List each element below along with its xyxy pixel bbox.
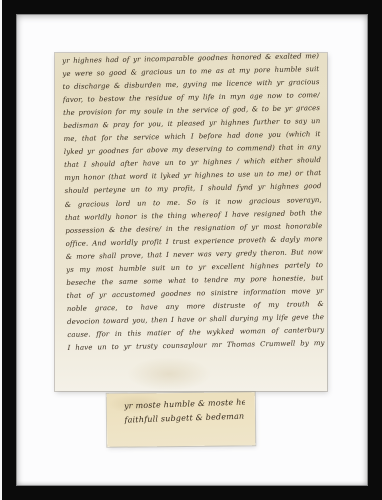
slip-text: yr moste humble & moste hevy faithfull s… bbox=[124, 396, 246, 428]
letter-text: yr highnes had of yr incomparable goodne… bbox=[62, 50, 325, 355]
letter-page: yr highnes had of yr incomparable goodne… bbox=[55, 53, 327, 391]
mat-board: yr highnes had of yr incomparable goodne… bbox=[16, 14, 368, 486]
signature-slip: yr moste humble & moste hevy faithfull s… bbox=[107, 392, 256, 447]
slip-line: faithfull subgett & bedeman bbox=[124, 410, 245, 428]
picture-frame: yr highnes had of yr incomparable goodne… bbox=[2, 0, 382, 500]
photo-of-framed-letter: yr highnes had of yr incomparable goodne… bbox=[0, 0, 382, 500]
